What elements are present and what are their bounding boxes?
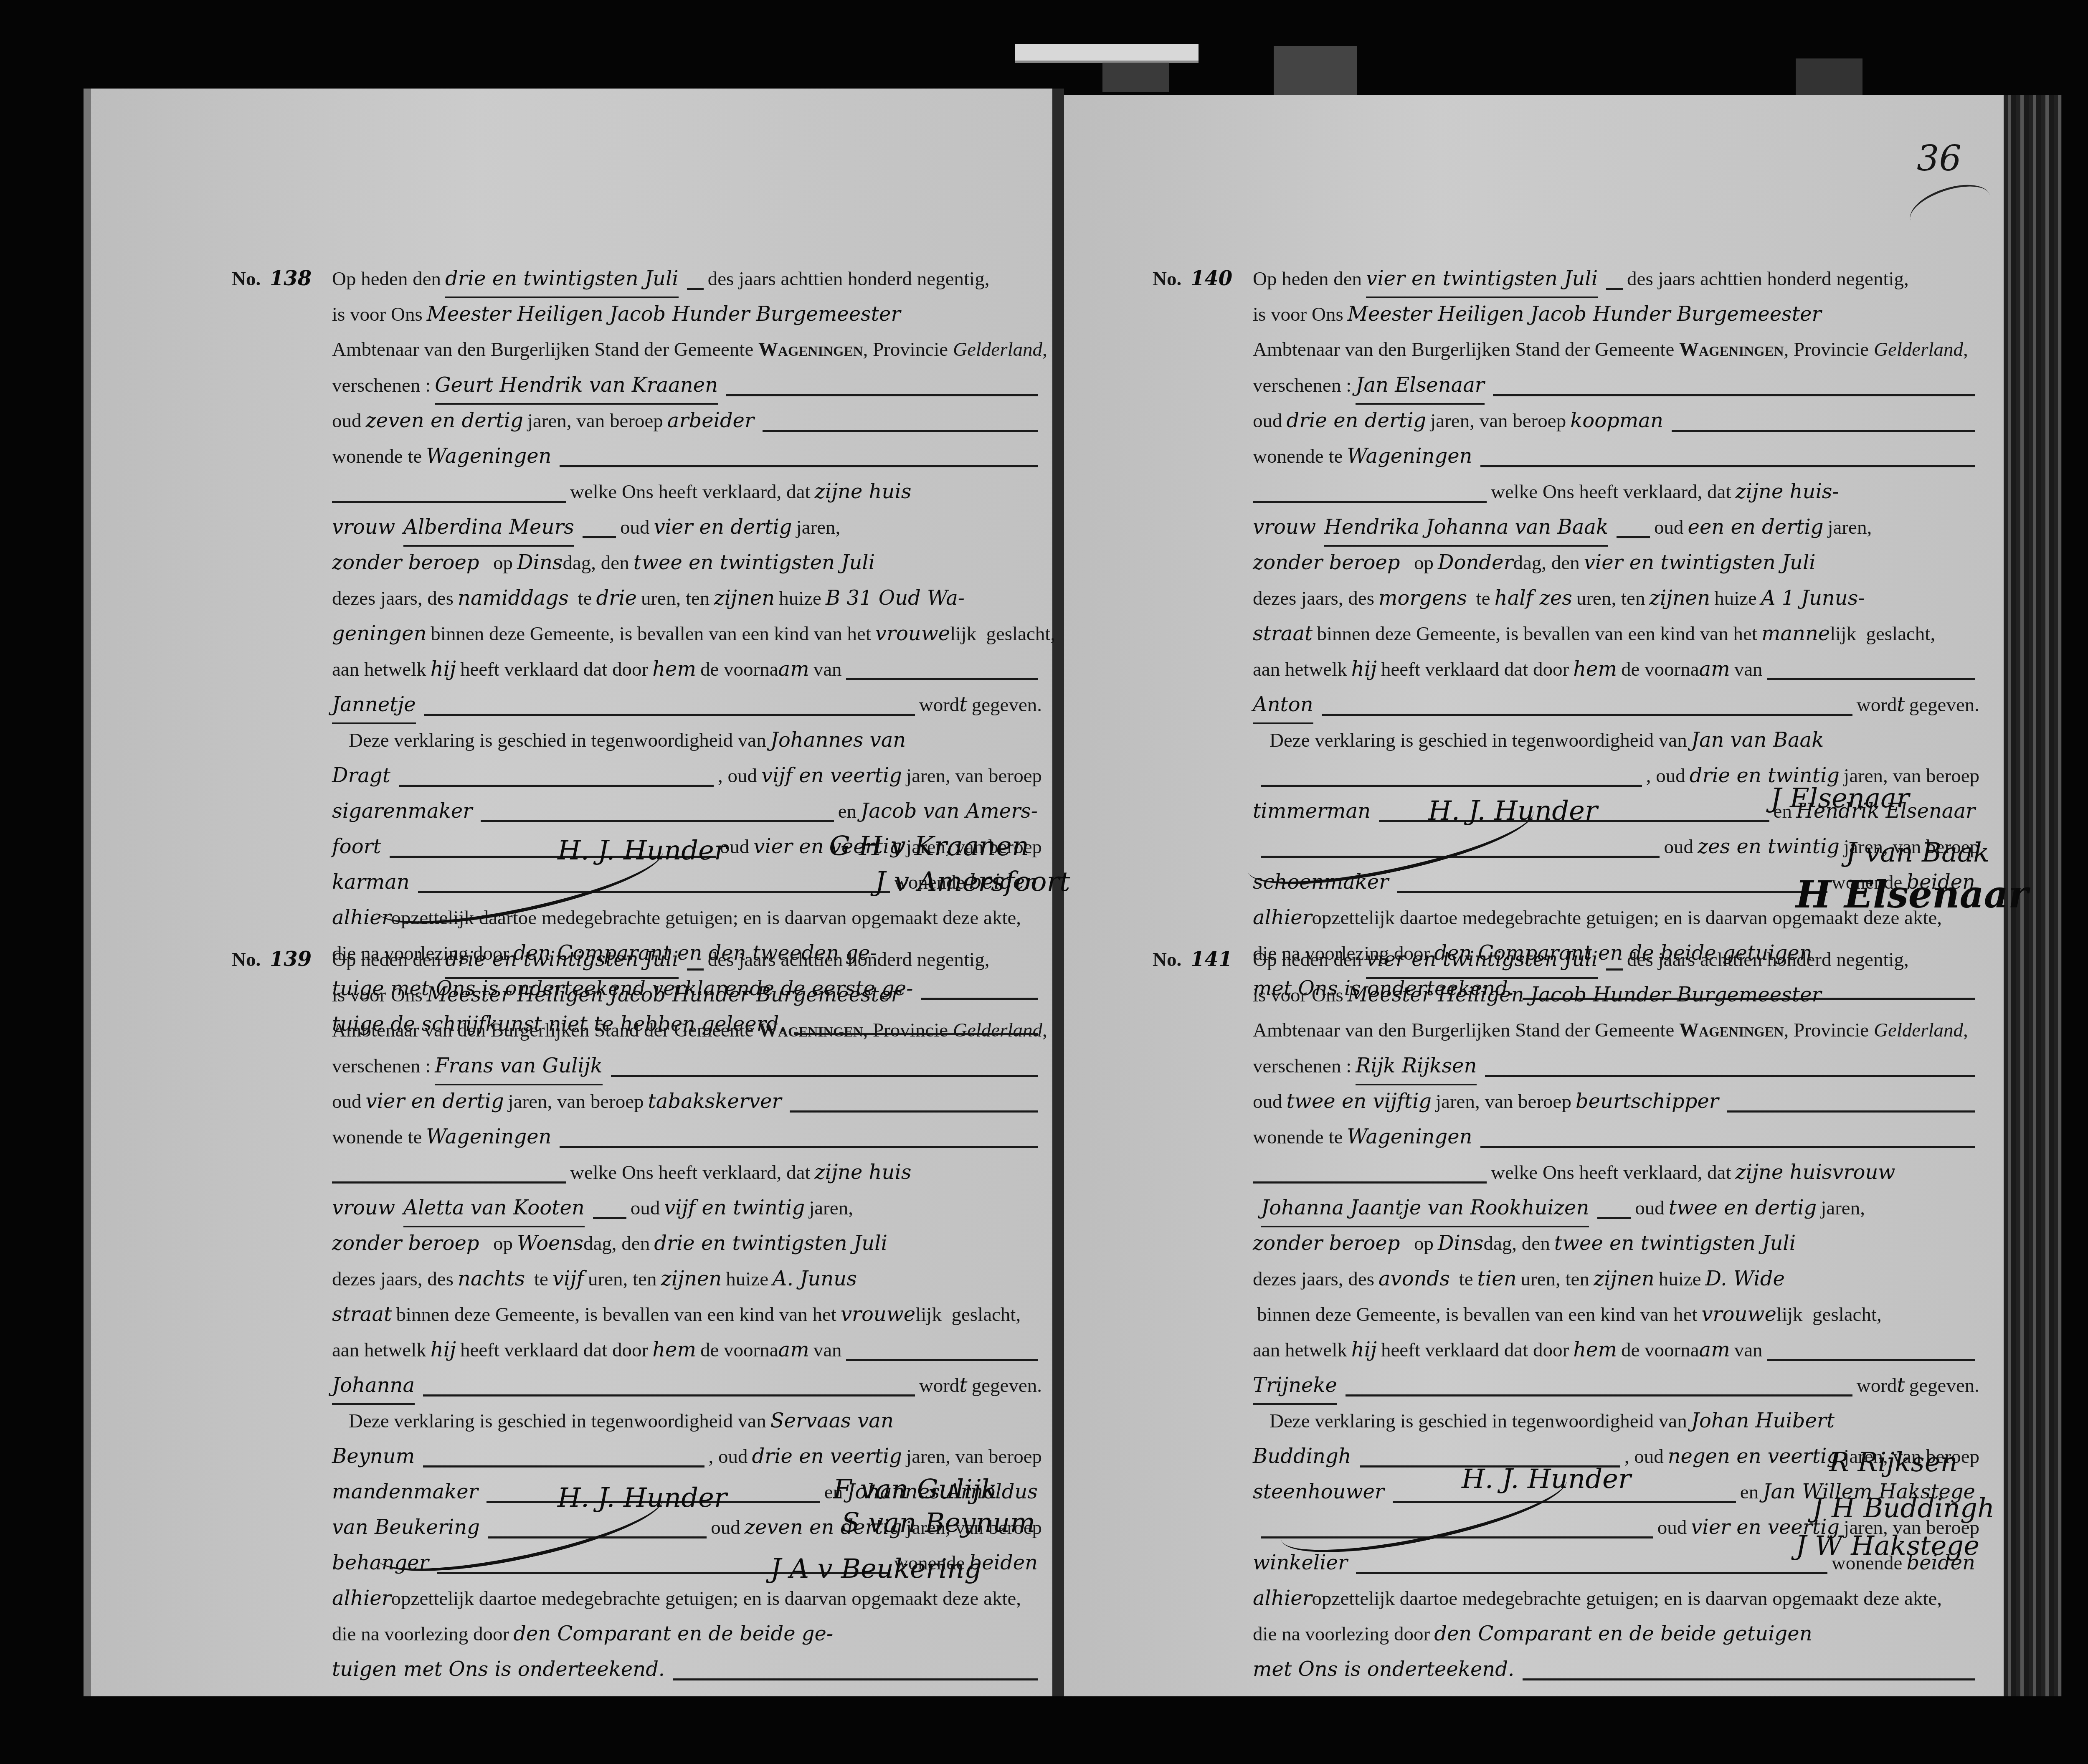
geslacht: geslacht, [951,1297,1021,1333]
mother-age: twee en dertig [1669,1190,1817,1226]
birth-hour: half zes [1495,580,1572,616]
en: en [1740,1475,1759,1510]
die-na: die na voorlezing door [1253,1617,1430,1652]
line-declarant: verschenen :Frans van Gulijk [332,1048,1042,1084]
line-witness1-age: Dragt, oudvijf en veertigjaren, van bero… [332,758,1042,793]
closing-text: den Comparant en de beide getuigen [1434,1616,1812,1652]
mother-occupation: zonder beroep [332,1226,479,1261]
declarant-occupation: tabakskerver [648,1084,782,1119]
geslacht: geslacht, [1812,1297,1882,1333]
page-number: 36 [1917,138,1961,179]
house-pronoun: zijnen [714,580,775,616]
mother-occupation: zonder beroep [332,545,479,580]
line-child-name: Trijnekewordtgegeven. [1253,1368,1979,1403]
closing2: tuigen met Ons is onderteekend. [332,1652,665,1687]
no: No. [232,268,261,290]
wife-prefix2: vrouw [332,509,395,545]
mother-name: Johanna Jaantje van Rookhuizen [1261,1190,1589,1227]
is-voor-ons: is voor Ons [332,978,423,1013]
op-heden-den: Op heden den [1253,942,1362,978]
provincie-label: , Provincie [863,332,948,367]
line-witness1: Deze verklaring is geschied in tegenwoor… [332,722,1042,758]
witness1-name: Johannes van [770,722,906,758]
birth-weekday: Dins [1438,1226,1483,1261]
lijk: lijk [1830,616,1856,652]
line-date: Op heden denvier en twintigsten Julides … [1253,261,1979,297]
de-voorna: de voorna [700,652,778,687]
child-name: Jannetje [332,687,416,724]
uren-ten: uren, ten [641,581,710,616]
line-declarant-age: oudtwee en vijftigjaren, van beroepbeurt… [1253,1084,1979,1119]
signature: G H v Kraanen [829,829,1029,864]
child-sex: vrouwe [841,1297,915,1332]
child-sex: manne [1761,616,1830,651]
word-suffix: t [959,1368,967,1403]
mother-age: vijf en twintig [664,1190,805,1226]
line-residence: wonende teWageningen [332,1119,1042,1155]
des-jaars: des jaars achttien honderd negentig, [1627,942,1909,978]
witness1-age: drie en veertig [752,1439,902,1474]
line-pronoun: aan hetwelkhijheeft verklaard dat doorhe… [1253,651,1979,687]
line-sex: geningenbinnen deze Gemeente, is bevalle… [332,616,1042,651]
child-sex: vrouwe [1701,1297,1776,1332]
official-name: Meester Heiligen Jacob Hunder Burgemeest… [1348,297,1822,332]
line-official: is voor OnsMeester Heiligen Jacob Hunder… [332,297,1042,332]
gemeente: Wageningen [1679,1013,1784,1048]
address-cont: straat [1253,616,1313,651]
mother-name: Alberdina Meurs [403,509,574,547]
by-whom: hem [652,651,696,687]
birth-date: twee en twintigsten Juli [1554,1226,1796,1261]
oud: oud [1664,829,1693,865]
jaren: jaren, [1821,1191,1865,1226]
signature: F van Gulijk [833,1472,997,1508]
jaren: jaren, [1828,510,1872,545]
address-cont: geningen [332,616,426,651]
dezes-jaars-des: dezes jaars, des [332,581,454,616]
en: en [838,794,856,829]
alhier: alhier [1253,1581,1312,1616]
line-wife: Johanna Jaantje van Rookhuizenoudtwee en… [1253,1190,1979,1226]
address: A 1 Junus- [1761,580,1865,616]
oud: oud [1657,1510,1687,1546]
time-of-day: avonds [1378,1261,1450,1297]
mother-age: een en dertig [1688,509,1824,545]
witness1-cont: Dragt [332,758,390,793]
am: am [1699,651,1730,687]
film-tab [1015,44,1199,63]
welke-ons: welke Ons heeft verklaard, dat [570,1155,811,1191]
declarant-name: Frans van Gulijk [435,1048,603,1085]
dezes-jaars-des: dezes jaars, des [1253,581,1374,616]
huize: huize [1659,1262,1701,1297]
wife-prefix: zijne huis [815,1155,912,1190]
jaren-van-beroep: jaren, van beroep [527,403,663,439]
deze-verklaring: Deze verklaring is geschied in tegenwoor… [349,723,766,758]
line-declarant-age: oudzeven en dertigjaren, van beroeparbei… [332,403,1042,438]
line-weekday: zonder beroep opDinsdag, dentwee en twin… [332,545,1042,580]
am: am [778,1332,809,1368]
line-declarant: verschenen :Rijk Rijksen [1253,1048,1979,1084]
gemeente: Wageningen [1679,332,1784,367]
geslacht: geslacht, [1866,616,1935,652]
welke-ons: welke Ons heeft verklaard, dat [570,474,811,510]
line-declarant-age: oudvier en dertigjaren, van beroeptabaks… [332,1084,1042,1119]
line-weekday: zonder beroep opWoensdag, dendrie en twi… [332,1226,1042,1261]
line-wife: vrouwAletta van Kootenoudvijf en twintig… [332,1190,1042,1226]
birth-weekday: Woens [517,1226,583,1261]
witness1-name: Jan van Baak [1691,722,1824,758]
gemeente: Wageningen [758,1013,863,1048]
record-date: vier en twintigsten Juli [1366,942,1598,979]
line-declarant: verschenen :Jan Elsenaar [1253,367,1979,403]
op: op [493,1226,513,1262]
word: word [1857,687,1897,723]
provincie-label: , Provincie [863,1013,948,1048]
dezes-jaars-des: dezes jaars, des [332,1262,454,1297]
ambtenaar: Ambtenaar van den Burgerlijken Stand der… [1253,1013,1674,1048]
line-residence: wonende teWageningen [332,438,1042,474]
gemeente: Wageningen [758,332,863,367]
signature: J A v Beukering [770,1551,981,1587]
declarant-age: twee en vijftig [1287,1084,1432,1119]
signature: J v Amersfoort [875,864,1070,900]
line-ambtenaar: Ambtenaar van den Burgerlijken Stand der… [1253,332,1979,367]
line-pronoun: aan hetwelkhijheeft verklaard dat doorhe… [1253,1332,1979,1368]
witness1-occupation: mandenmaker [332,1474,478,1510]
wife-prefix: zijne huis [815,474,912,509]
huize: huize [1714,581,1757,616]
jaren: jaren, [809,1191,853,1226]
heeft-verklaard: heeft verklaard dat door [460,1333,648,1368]
op-heden-den: Op heden den [332,261,441,297]
line-weekday: zonder beroep opDonderdag, denvier en tw… [1253,545,1979,580]
address-cont: straat [332,1297,392,1332]
entry-number: No. 138 [232,261,316,297]
residence: Wageningen [1347,438,1472,474]
aan-hetwelk: aan hetwelk [1253,652,1347,687]
line-die-na: die na voorlezing doorden Comparant en d… [332,1616,1042,1652]
word: word [919,687,960,723]
oud-comma: , oud [1646,758,1685,794]
aan-hetwelk: aan hetwelk [332,652,426,687]
address: B 31 Oud Wa- [826,580,965,616]
verschenen: verschenen : [332,1049,431,1084]
child-name: Johanna [332,1368,415,1405]
jaren-van-beroep: jaren, van beroep [1430,403,1566,439]
declarant-occupation: koopman [1570,403,1663,438]
heeft-verklaard: heeft verklaard dat door [1381,1333,1569,1368]
wonende-te: wonende te [332,1120,422,1155]
signature: H Elsenaar [1796,877,2028,912]
jaren: jaren, [796,510,841,545]
wife-prefix2: vrouw [1253,509,1316,545]
no: No. [1153,949,1181,971]
provincie-label: , Provincie [1784,1013,1869,1048]
signature: J Elsenaar [1771,781,1909,816]
oud2: oud [620,510,650,545]
oud: oud [332,403,362,439]
birth-weekday: Donder [1438,545,1513,580]
residence: Wageningen [426,438,551,474]
dag-den: dag, den [563,545,629,581]
birth-date: vier en twintigsten Juli [1584,545,1816,580]
line-official: is voor OnsMeester Heiligen Jacob Hunder… [1253,297,1979,332]
op-heden-den: Op heden den [1253,261,1362,297]
op: op [493,545,513,581]
oud2: oud [1635,1191,1665,1226]
line-welke: welke Ons heeft verklaard, datzijne huis… [1253,474,1979,509]
dag-den: dag, den [583,1226,650,1262]
declarant-name: Geurt Hendrik van Kraanen [435,367,718,405]
van: van [813,1333,842,1368]
line-ambtenaar: Ambtenaar van den Burgerlijken Stand der… [332,1013,1042,1048]
birth-record-entry-139: No. 139 Op heden dendrie en twintigsten … [332,942,1042,1687]
te: te [1476,581,1490,616]
am: am [778,651,809,687]
pronoun: hij [1351,651,1377,687]
line-closing2: met Ons is onderteekend. [1253,1652,1979,1687]
entry-number-value: 139 [270,948,312,971]
provincie: Gelderland [1874,1013,1963,1048]
declarant-occupation: arbeider [667,403,754,438]
aan-hetwelk: aan hetwelk [1253,1333,1347,1368]
line-child-name: Johannawordtgegeven. [332,1368,1042,1403]
oud2: oud [631,1191,660,1226]
line-pronoun: aan hetwelkhijheeft verklaard dat doorhe… [332,651,1042,687]
line-closing2: tuigen met Ons is onderteekend. [332,1652,1042,1687]
line-date: Op heden dendrie en twintigsten Julides … [332,942,1042,977]
witness2-age: zes en twintig [1698,829,1840,864]
de-voorna: de voorna [1621,652,1699,687]
mother-occupation: zonder beroep [1253,545,1400,580]
alhier: alhier [332,1581,391,1616]
line-date: Op heden denvier en twintigsten Julides … [1253,942,1979,977]
is-voor-ons: is voor Ons [332,297,423,332]
te: te [534,1262,548,1297]
line-time: dezes jaars, desmorgens tehalf zesuren, … [1253,580,1979,616]
am: am [1699,1332,1730,1368]
residence: Wageningen [1347,1119,1472,1155]
birth-record-entry-141: No. 141 Op heden denvier en twintigsten … [1253,942,1979,1687]
witness1-age: negen en veertig [1668,1439,1840,1474]
line-welke: welke Ons heeft verklaard, datzijne huis… [1253,1155,1979,1190]
line-witness1: Deze verklaring is geschied in tegenwoor… [1253,1403,1979,1439]
birth-record-entry-138: No. 138 Op heden dendrie en twintigsten … [332,261,1042,1042]
lijk: lijk [1776,1297,1803,1333]
by-whom: hem [1573,651,1617,687]
binding-debris [1274,46,1357,96]
des-jaars: des jaars achttien honderd negentig, [1627,261,1909,297]
binnen: binnen deze Gemeente, is bevallen van ee… [1257,1297,1697,1333]
line-sex: binnen deze Gemeente, is bevallen van ee… [1253,1297,1979,1332]
line-child-name: Jannetjewordtgegeven. [332,687,1042,722]
provincie: Gelderland [1874,332,1963,367]
de-voorna: de voorna [700,1333,778,1368]
heeft-verklaard: heeft verklaard dat door [460,652,648,687]
des-jaars: des jaars achttien honderd negentig, [708,261,990,297]
signature: S van Beynum [841,1505,1035,1541]
mother-name: Hendrika Johanna van Baak [1324,509,1608,547]
line-sex: straatbinnen deze Gemeente, is bevallen … [1253,616,1979,651]
line-witness1: Deze verklaring is geschied in tegenwoor… [1253,722,1979,758]
line-declarant: verschenen :Geurt Hendrik van Kraanen [332,367,1042,403]
line-die-na: die na voorlezing doorden Comparant en d… [1253,1616,1979,1652]
entry-number-value: 141 [1191,948,1232,971]
birth-hour: drie [596,580,637,616]
official-name: Meester Heiligen Jacob Hunder Burgemeest… [1348,977,1822,1013]
binding-debris [1102,63,1169,92]
witness1-name: Servaas van [770,1403,894,1439]
wonende-te: wonende te [1253,439,1343,474]
verschenen: verschenen : [1253,368,1351,403]
huize: huize [726,1262,768,1297]
oud2: oud [1654,510,1684,545]
wife-prefix2: vrouw [332,1190,395,1226]
witness1-cont: Beynum [332,1439,415,1474]
de-voorna: de voorna [1621,1333,1699,1368]
oud-comma: , oud [718,758,757,794]
line-ambtenaar: Ambtenaar van den Burgerlijken Stand der… [1253,1013,1979,1048]
time-of-day: morgens [1378,580,1467,616]
wife-prefix: zijne huisvrouw [1736,1155,1895,1190]
ambtenaar: Ambtenaar van den Burgerlijken Stand der… [332,1013,753,1048]
line-residence: wonende teWageningen [1253,438,1979,474]
line-wife: vrouwAlberdina Meursoudvier en dertigjar… [332,509,1042,545]
address: D. Wide [1705,1261,1785,1297]
provincie: Gelderland [953,332,1042,367]
die-na: die na voorlezing door [332,1617,509,1652]
witness2-cont: foort [332,829,381,864]
uren-ten: uren, ten [1521,1262,1589,1297]
word-suffix: t [1897,1368,1905,1403]
provincie-label: , Provincie [1784,332,1869,367]
oud: oud [1253,403,1282,439]
word-suffix: t [1897,687,1905,722]
declarant-age: drie en dertig [1287,403,1427,438]
line-pronoun: aan hetwelkhijheeft verklaard dat doorhe… [332,1332,1042,1368]
witness1-cont: Buddingh [1253,1439,1351,1474]
no: No. [1153,268,1181,290]
deze-verklaring: Deze verklaring is geschied in tegenwoor… [349,1404,766,1439]
line-declarant-age: ouddrie en dertigjaren, van beroepkoopma… [1253,403,1979,438]
line-date: Op heden dendrie en twintigsten Julides … [332,261,1042,297]
ambtenaar: Ambtenaar van den Burgerlijken Stand der… [332,332,753,367]
entry-number-value: 140 [1191,267,1232,290]
line-welke: welke Ons heeft verklaard, datzijne huis [332,474,1042,509]
welke-ons: welke Ons heeft verklaard, dat [1491,474,1731,510]
van: van [1734,1333,1763,1368]
van: van [813,652,842,687]
line-witness2: sigarenmakerenJacob van Amers- [332,793,1042,829]
record-date: drie en twintigsten Juli [445,261,679,298]
signature: J W Hakstege [1796,1528,1979,1564]
provincie: Gelderland [953,1013,1042,1048]
by-whom: hem [1573,1332,1617,1368]
pronoun: hij [1351,1332,1377,1368]
verschenen: verschenen : [332,368,431,403]
birth-date: twee en twintigsten Juli [633,545,875,580]
line-time: dezes jaars, desavonds tetienuren, tenzi… [1253,1261,1979,1297]
official-name: Meester Heiligen Jacob Hunder Burgemeest… [427,977,901,1013]
declarant-age: vier en dertig [366,1084,504,1119]
binnen: binnen deze Gemeente, is bevallen van ee… [1317,616,1757,652]
jaren-van-beroep: jaren, van beroep [508,1084,644,1120]
house-pronoun: zijnen [1594,1261,1655,1297]
jaren-van-beroep: jaren, van beroep [906,758,1042,794]
lijk: lijk [950,616,976,652]
time-of-day: namiddags [458,580,569,616]
entry-number-value: 138 [270,267,312,290]
verschenen: verschenen : [1253,1049,1351,1084]
child-sex: vrouwe [875,616,950,651]
gegeven: gegeven. [972,687,1042,723]
word: word [1857,1368,1897,1404]
line-witness1-age: Beynum, ouddrie en veertigjaren, van ber… [332,1439,1042,1474]
no: No. [232,949,261,971]
entry-number: No. 140 [1153,261,1237,297]
word-suffix: t [959,687,967,722]
dezes-jaars-des: dezes jaars, des [1253,1262,1374,1297]
is-voor-ons: is voor Ons [1253,978,1343,1013]
uren-ten: uren, ten [1576,581,1645,616]
signature: J van Baak [1846,835,1989,871]
binnen: binnen deze Gemeente, is bevallen van ee… [431,616,871,652]
line-time: dezes jaars, desnamiddags tedrieuren, te… [332,580,1042,616]
alhier: alhier [1253,900,1312,935]
word: word [919,1368,960,1404]
binding-debris [1796,58,1862,96]
ambtenaar: Ambtenaar van den Burgerlijken Stand der… [1253,332,1674,367]
binnen: binnen deze Gemeente, is bevallen van ee… [396,1297,836,1333]
witness2-name: Jacob van Amers- [861,793,1038,829]
te: te [1459,1262,1473,1297]
line-weekday: zonder beroep opDinsdag, dentwee en twin… [1253,1226,1979,1261]
deze-verklaring: Deze verklaring is geschied in tegenwoor… [1270,1404,1687,1439]
heeft-verklaard: heeft verklaard dat door [1381,652,1569,687]
jaren-van-beroep: jaren, van beroep [906,1439,1042,1475]
gegeven: gegeven. [1909,687,1979,723]
wonende-te: wonende te [1253,1120,1343,1155]
gegeven: gegeven. [972,1368,1042,1404]
van: van [1734,652,1763,687]
record-date: vier en twintigsten Juli [1366,261,1598,298]
declarant-occupation: beurtschipper [1576,1084,1719,1119]
line-wife: vrouwHendrika Johanna van Baakoudeen en … [1253,509,1979,545]
official-name: Meester Heiligen Jacob Hunder Burgemeest… [427,297,901,332]
birth-hour: tien [1477,1261,1517,1297]
geslacht: geslacht, [986,616,1055,652]
wonende-te: wonende te [332,439,422,474]
entry-number: No. 139 [232,942,316,978]
line-opzettelijk: alhieropzettelijk daartoe medegebrachte … [1253,1581,1979,1616]
pronoun: hij [431,1332,456,1368]
time-of-day: nachts [458,1261,525,1297]
witness1-name: Johan Huibert [1691,1403,1835,1439]
declarant-name: Jan Elsenaar [1356,367,1485,405]
child-name: Anton [1253,687,1313,724]
closing2: met Ons is onderteekend. [1253,1652,1514,1687]
line-child-name: Antonwordtgegeven. [1253,687,1979,722]
oud: oud [1253,1084,1282,1120]
witness1-age: vijf en veertig [761,758,902,793]
mother-occupation: zonder beroep [1253,1226,1400,1261]
opzettelijk: opzettelijk daartoe medegebrachte getuig… [1312,1581,1942,1617]
birth-weekday: Dins [517,545,563,580]
house-pronoun: zijnen [1649,580,1710,616]
signature: R Rijksen [1829,1445,1958,1480]
signature: J H Buddingh [1812,1491,1994,1526]
